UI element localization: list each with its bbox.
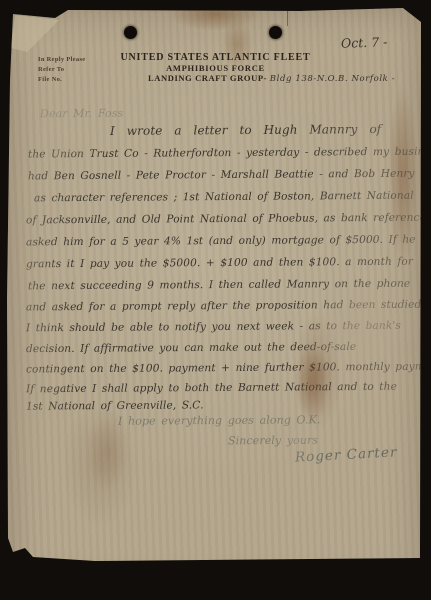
body-line: I wrote a letter to Hugh Mannry of xyxy=(110,122,381,138)
letter-paper: In Reply Please Refer To File No. UNITED… xyxy=(0,0,431,600)
scanned-letter-photo: In Reply Please Refer To File No. UNITED… xyxy=(0,0,431,600)
body-line: grants it I pay you the $5000. + $100 an… xyxy=(26,256,413,271)
body-line: and asked for a prompt reply after the p… xyxy=(26,299,431,314)
body-line: the Union Trust Co - Rutherfordton - yes… xyxy=(28,146,431,161)
hope-line: I hope everything goes along O.K. xyxy=(118,413,321,427)
body-line: 1st National of Greenville, S.C. xyxy=(26,399,204,412)
body-line: had Ben Gosnell - Pete Proctor - Marshal… xyxy=(28,168,424,183)
body-line: the next succeeding 9 months. I then cal… xyxy=(28,278,410,293)
body-line: as character references ; 1st National o… xyxy=(34,190,414,205)
closing: Sincerely yours xyxy=(228,434,318,448)
salutation: Dear Mr. Foss xyxy=(40,107,123,121)
body-line: asked him for a 5 year 4% 1st (and only)… xyxy=(26,234,416,249)
body-line: I think should be able to notify you nex… xyxy=(26,320,401,335)
body-line: If negative I shall apply to both the Ba… xyxy=(26,381,397,396)
body-line: contingent on the $100. payment + nine f… xyxy=(26,361,431,376)
body-line: of Jacksonville, and Old Point National … xyxy=(26,212,431,227)
body-line: decision. If affirmative you can make ou… xyxy=(26,341,356,355)
letter-body: Dear Mr. Foss I wrote a letter to Hugh M… xyxy=(0,0,431,600)
